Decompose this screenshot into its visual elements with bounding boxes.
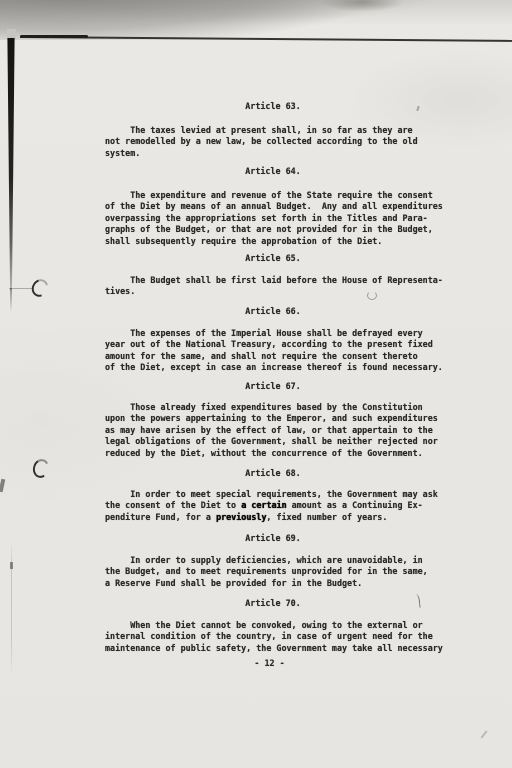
paragraph-article-66: The expenses of the Imperial House shall… [105,328,465,374]
heading-article-69: Article 69. [100,533,446,544]
paragraph-article-68: In order to meet special requirements, t… [105,489,465,523]
paragraph-article-70: When the Diet cannot be convoked, owing … [105,620,465,654]
document-body: Article 63. The taxes levied at present … [0,0,512,768]
heading-article-68: Article 68. [100,468,446,479]
heading-article-63: Article 63. [100,101,446,112]
heading-article-70: Article 70. [100,598,446,609]
heading-article-65: Article 65. [100,253,446,264]
heading-article-64: Article 64. [100,166,446,177]
paragraph-article-65: The Budget shall be first laid before th… [105,275,465,298]
page-number: - 12 - [97,658,442,669]
heading-article-67: Article 67. [100,381,446,392]
paragraph-article-69: In order to supply deficiencies, which a… [105,555,465,589]
paragraph-article-63: The taxes levied at present shall, in so… [105,125,465,159]
paragraph-article-64: The expenditure and revenue of the State… [105,190,465,247]
scanned-page: Article 63. The taxes levied at present … [0,0,512,768]
heading-article-66: Article 66. [100,306,446,317]
paragraph-article-67: Those already fixed expenditures based b… [105,402,465,459]
